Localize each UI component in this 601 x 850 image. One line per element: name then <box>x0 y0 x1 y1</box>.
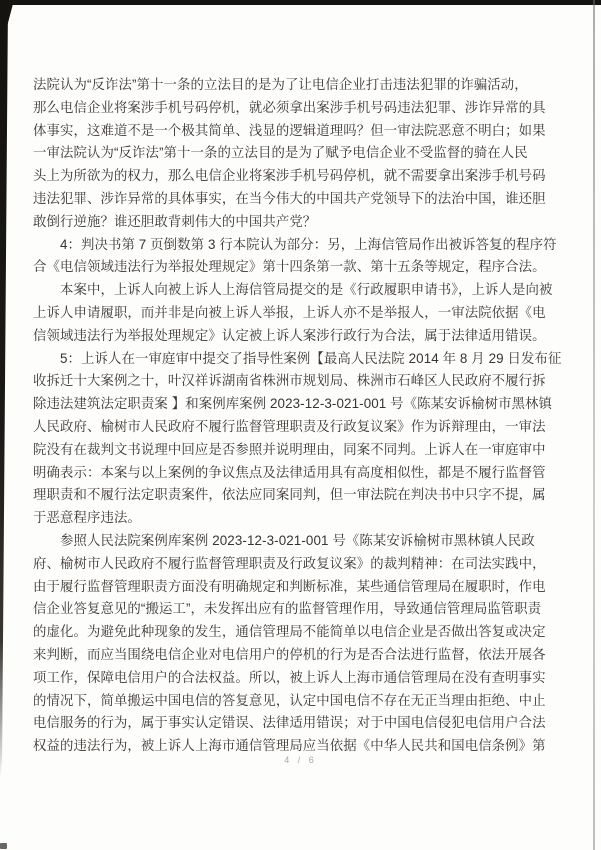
scan-edge-top <box>0 0 601 5</box>
scan-speck <box>0 843 7 849</box>
paragraph: 参照人民法院案例库案例 2023-12-3-021-001 号《陈某安诉榆树市黑… <box>33 530 573 758</box>
page-text: 法院认为“反诈法”第十一条的立法目的是为了让电信企业打击违法犯罪的诈骗活动， 那… <box>33 74 573 758</box>
paragraph: 5：上诉人在一审庭审中提交了指导性案例【最高人民法院 2014 年 8 月 29… <box>33 348 573 530</box>
paragraph: 4：判决书第 7 页倒数第 3 行本院认为部分：另，上海信管局作出被诉答复的程序… <box>33 234 573 280</box>
scan-edge-right-line <box>593 0 595 850</box>
paragraph: 法院认为“反诈法”第十一条的立法目的是为了让电信企业打击违法犯罪的诈骗活动， 那… <box>33 74 573 234</box>
page-number: 4 / 6 <box>0 755 601 765</box>
scanned-page: 法院认为“反诈法”第十一条的立法目的是为了让电信企业打击违法犯罪的诈骗活动， 那… <box>0 0 601 850</box>
scan-edge-left <box>0 0 8 782</box>
paragraph: 本案中，上诉人向被上诉人上海信管局提交的是《行政履职申请书》，上诉人是向被 上诉… <box>33 279 573 347</box>
